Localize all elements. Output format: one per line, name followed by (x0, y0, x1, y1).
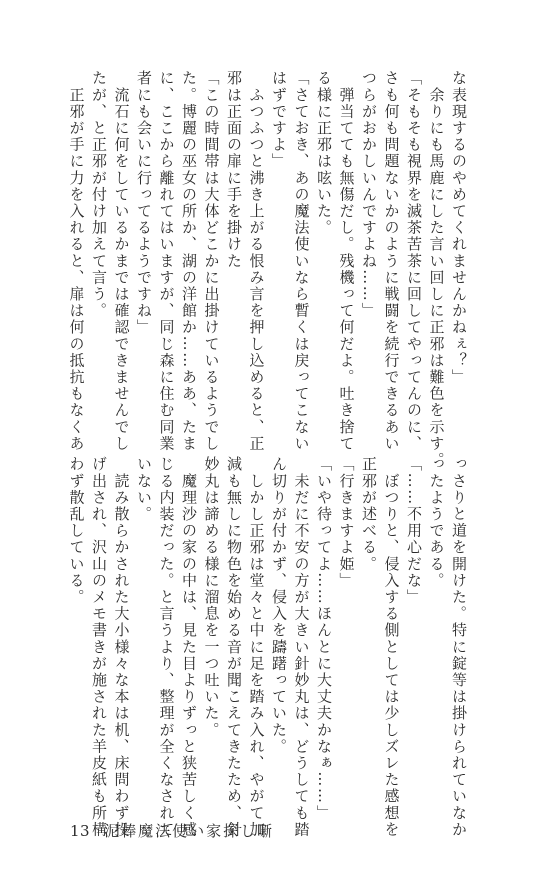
vertical-text-line: 妙丸は諦める様に溜息を一つ吐いた。 (200, 456, 223, 842)
vertical-text-line: た。博麗の巫女の所か、湖の洋館か……ああ、たま (178, 70, 201, 456)
vertical-text-line: 「行きますよ姫」 (335, 456, 358, 842)
vertical-text-line: 「そもそも視界を滅茶苦茶に回してやってんのに、 (403, 70, 426, 456)
vertical-text-line: ん切りが付かず、侵入を躊躇っていた。 (268, 456, 291, 842)
vertical-text-line: しかし正邪は堂々と中に足を踏み入れ、やがて加 (245, 456, 268, 842)
story-title: 泥棒魔法使い家探し噺 (104, 822, 274, 840)
top-text-block: な表現するのやめてくれませんかねぇ？」 余りにも馬鹿にした言い回しに正邪は難色を… (64, 70, 470, 456)
page-number: 13 (70, 822, 90, 840)
vertical-text-line: ったようである。 (425, 456, 448, 842)
vertical-text-line: ふつふつと沸き上がる恨み言を押し込めると、正 (245, 70, 268, 456)
vertical-text-line: 流石に何をしているかまでは確認できませんでし (110, 70, 133, 456)
vertical-text-line: げ出され、沢山のメモ書きが施された羊皮紙も所構 (88, 456, 111, 842)
vertical-text-line: じる内装だった。と言うより、整理が全くなされて (155, 456, 178, 842)
vertical-text-line: に、ここから離れてはいますが、同じ森に住む同業 (155, 70, 178, 456)
vertical-text-line: 減も無しに物色を始める音が聞こえてきたため、針 (223, 456, 246, 842)
vertical-text-line: っさりと道を開けた。特に錠等は掛けられていなか (448, 456, 471, 842)
vertical-text-line: る様に正邪は呟いた。 (313, 70, 336, 456)
vertical-text-line: 未だに不安の方が大きい針妙丸は、どうしても踏 (290, 456, 313, 842)
vertical-text-line: はずですよ」 (268, 70, 291, 456)
vertical-text-line: 「さておき、あの魔法使いなら暫くは戻ってこない (290, 70, 313, 456)
vertical-text-line: 余りにも馬鹿にした言い回しに正邪は難色を示す。 (425, 70, 448, 456)
vertical-text-line: いない。 (133, 456, 156, 842)
vertical-text-line: さも何も問題ないかのように戦闘を続行できるあい (380, 70, 403, 456)
vertical-text-line: 正邪が手に力を入れると、扉は何の抵抗もなくあ (65, 70, 88, 456)
vertical-text-line: 者にも会いに行ってるようですね」 (133, 70, 156, 456)
vertical-text-line: ぼつりと、侵入する側としては少しズレた感想を (380, 456, 403, 842)
vertical-text-line: つらがおかしいんですよね……」 (358, 70, 381, 456)
page-footer: 13泥棒魔法使い家探し噺 (70, 820, 274, 841)
vertical-text-line: わず散乱している。 (65, 456, 88, 842)
vertical-text-line: 弾当てても無傷だし。残機って何だよ。吐き捨て (335, 70, 358, 456)
bottom-text-block: っさりと道を開けた。特に錠等は掛けられていなかったようである。「……不用心だな」… (64, 456, 470, 842)
vertical-text-line: 「この時間帯は大体どこかに出掛けているようでし (200, 70, 223, 456)
vertical-text-line: 読み散らかされた大小様々な本は机、床問わず投 (110, 456, 133, 842)
vertical-text-line: 魔理沙の家の中は、見た目よりずっと狭苦しく感 (178, 456, 201, 842)
vertical-text-line: たが、と正邪が付け加えて言う。 (88, 70, 111, 456)
vertical-text-line: 正邪が述べる。 (358, 456, 381, 842)
book-page: { "page": { "colors": { "background": "#… (0, 0, 547, 879)
vertical-text-line: な表現するのやめてくれませんかねぇ？」 (448, 70, 471, 456)
vertical-text-line: 邪は正面の扉に手を掛けた (223, 70, 246, 456)
vertical-text-line: 「……不用心だな」 (403, 456, 426, 842)
vertical-text-line: 「いや待ってよ……ほんとに大丈夫かなぁ……」 (313, 456, 336, 842)
